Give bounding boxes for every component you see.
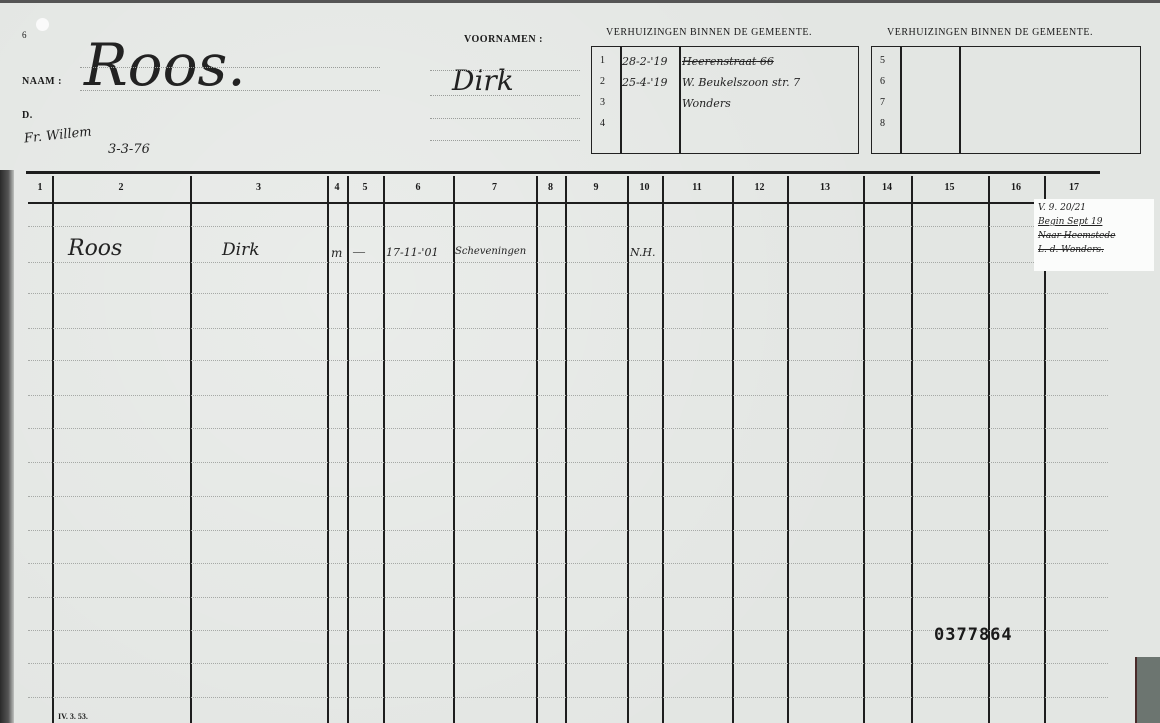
scan-shadow-edge	[0, 170, 14, 723]
population-register-card: 6 NAAM : Roos. D. Fr. Willem 3-3-76 VOOR…	[0, 0, 1160, 723]
column-header: 1	[28, 182, 52, 193]
underlying-card-corner	[1135, 657, 1160, 723]
pasted-note: V. 9. 20/21 Begin Sept 19 Naar Heemstede…	[1034, 199, 1154, 271]
move-row: 8	[872, 118, 1140, 139]
column-header: 5	[347, 182, 383, 193]
moves-left-table: 1 28-2-'19 Heerenstraat 66 2 25-4-'19 W.…	[591, 46, 859, 154]
column-header: 15	[911, 182, 988, 193]
move-row: 4	[592, 118, 858, 139]
cell-col5: —	[353, 244, 365, 259]
corner-mark: 6	[22, 30, 27, 40]
move-row: 3 Wonders	[592, 97, 858, 118]
move-row: 1 28-2-'19 Heerenstraat 66	[592, 55, 858, 76]
column-header: 12	[732, 182, 787, 193]
move-row: 2 25-4-'19 W. Beukelszoon str. 7	[592, 76, 858, 97]
moves-right-title: VERHUIZINGEN BINNEN DE GEMEENTE.	[887, 27, 1093, 38]
father-date: 3-3-76	[108, 142, 150, 157]
cell-first-name: Dirk	[222, 240, 260, 260]
naam-label: NAAM :	[22, 76, 62, 87]
cell-sex: m	[331, 246, 342, 260]
moves-right-table: 5 6 7 8	[871, 46, 1141, 154]
first-name: Dirk	[452, 64, 514, 97]
column-header: 3	[190, 182, 327, 193]
column-header: 8	[536, 182, 565, 193]
cell-birth-date: 17-11-'01	[386, 246, 438, 259]
move-row: 7	[872, 97, 1140, 118]
cell-religion: N.H.	[630, 246, 656, 259]
column-header: 2	[52, 182, 190, 193]
punch-hole	[36, 18, 49, 31]
cell-birth-place: Scheveningen	[455, 246, 526, 257]
form-code: IV. 3. 53.	[58, 712, 88, 721]
move-row: 5	[872, 55, 1140, 76]
column-header: 7	[453, 182, 536, 193]
column-header: 9	[565, 182, 627, 193]
voornamen-label: VOORNAMEN :	[464, 34, 543, 45]
column-header: 10	[627, 182, 662, 193]
cell-surname: Roos	[68, 236, 122, 261]
d-label: D.	[22, 110, 33, 121]
column-header: 14	[863, 182, 911, 193]
move-row: 6	[872, 76, 1140, 97]
moves-left-title: VERHUIZINGEN BINNEN DE GEMEENTE.	[606, 27, 812, 38]
father-note: Fr. Willem	[23, 125, 92, 147]
top-border	[0, 0, 1160, 3]
column-header: 11	[662, 182, 732, 193]
table-top-rule	[26, 171, 1100, 174]
column-header: 6	[383, 182, 453, 193]
register-number-stamp: 0377864	[934, 625, 1013, 645]
column-header: 16	[988, 182, 1044, 193]
column-header: 13	[787, 182, 863, 193]
column-header: 4	[327, 182, 347, 193]
column-header: 17	[1044, 182, 1104, 193]
